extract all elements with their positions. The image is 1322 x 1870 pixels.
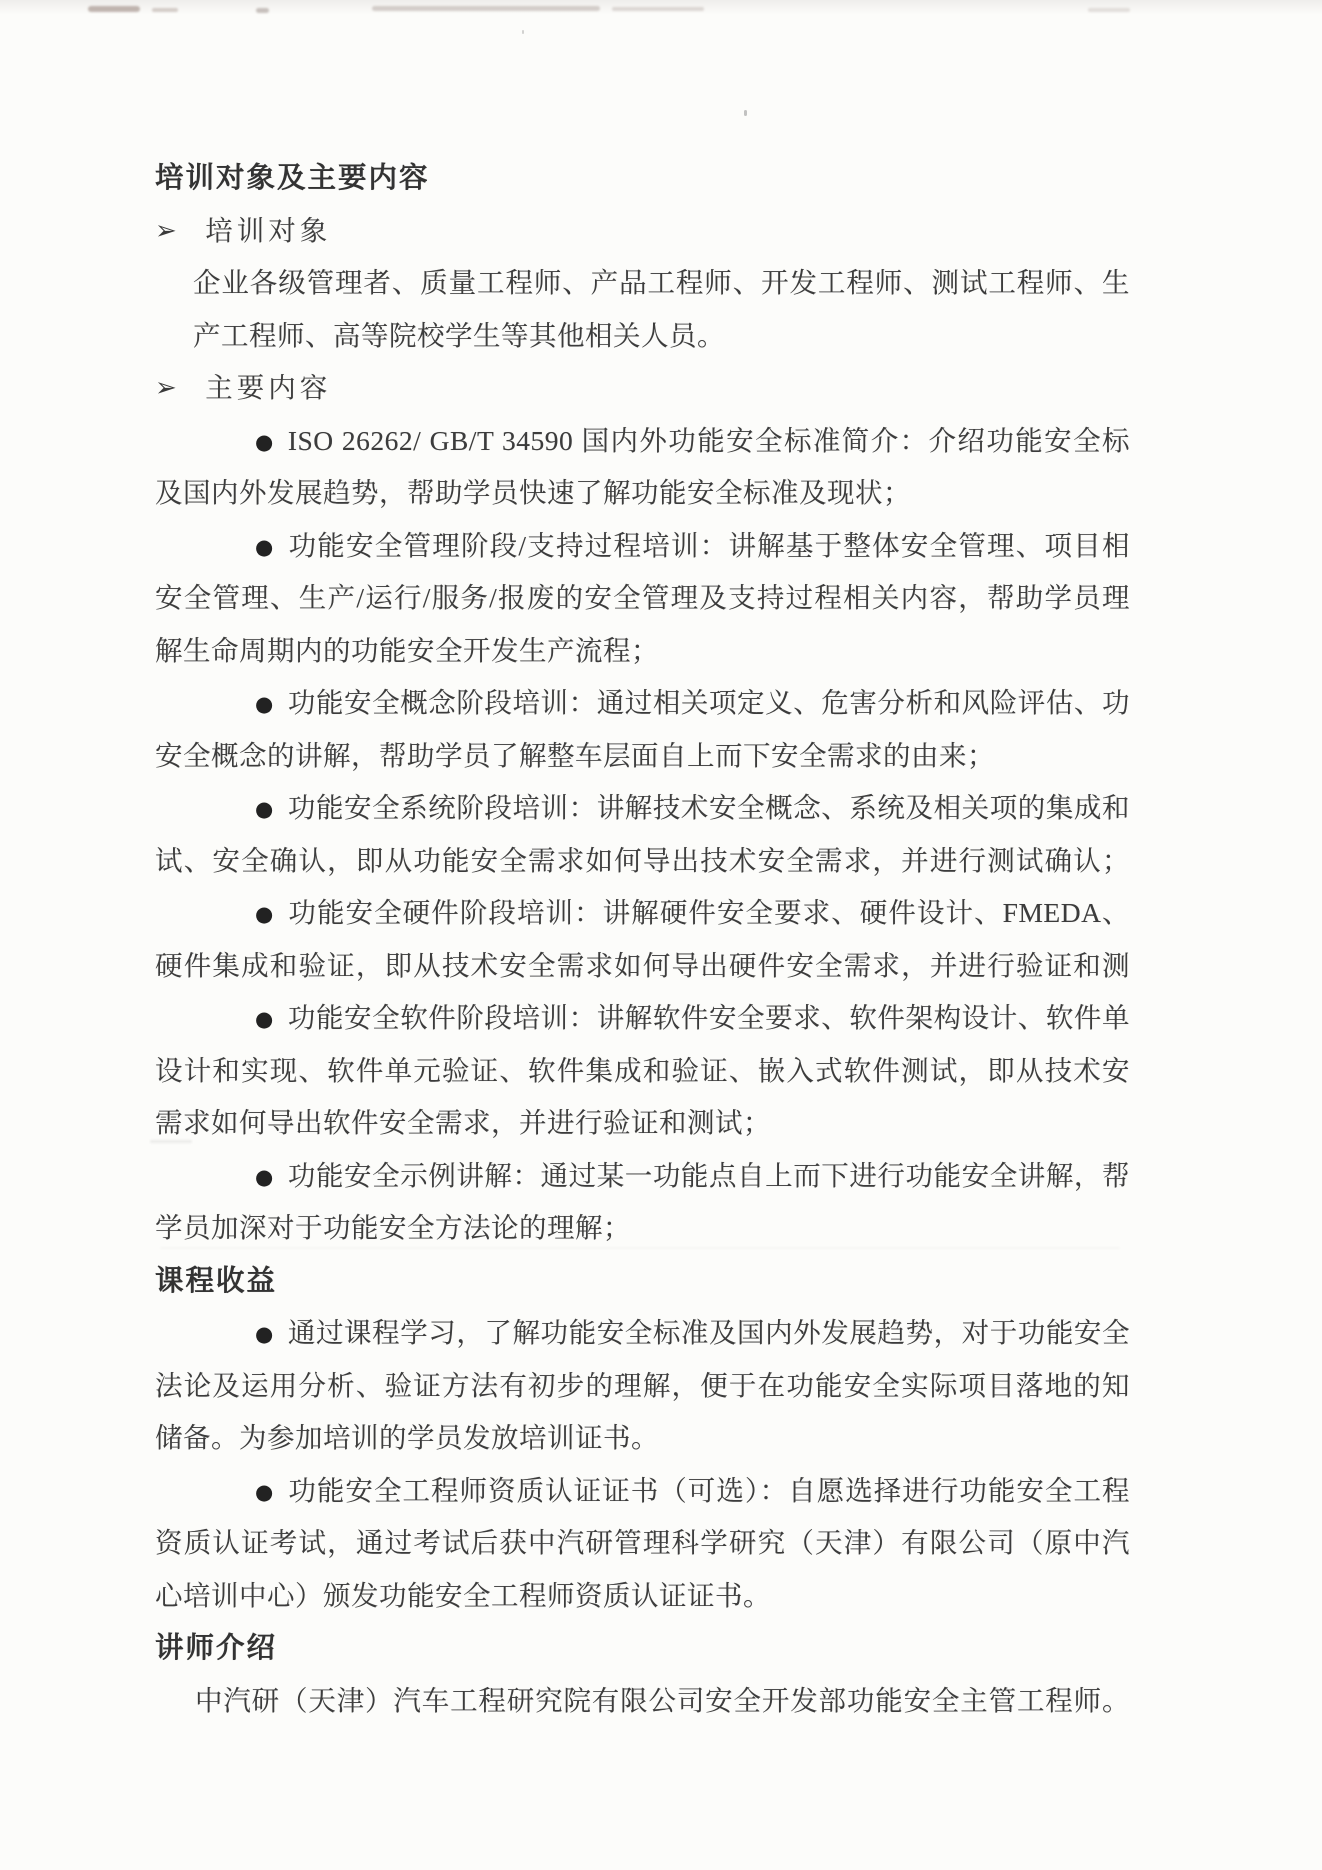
bullet-item-line: ●功能安全示例讲解：通过某一功能点自上而下进行功能安全讲解，帮助: [155, 1150, 1130, 1203]
scan-artifact: [1088, 8, 1130, 12]
bullet-icon: ●: [205, 678, 274, 730]
bullet-icon: ●: [205, 1308, 274, 1360]
bullet-item-line: ●功能安全概念阶段培训：通过相关项定义、危害分析和风险评估、功能: [155, 677, 1130, 730]
arrowhead-bullet-icon: ➢: [155, 362, 177, 415]
bullet-item-line: 试、安全确认，即从功能安全需求如何导出技术安全需求，并进行测试确认；: [155, 835, 1130, 888]
scan-artifact: [88, 6, 140, 12]
arrow-list-item-main-content: ➢主要内容: [155, 362, 1130, 415]
document-page: 培训对象及主要内容 ➢培训对象 企业各级管理者、质量工程师、产品工程师、开发工程…: [155, 152, 1130, 1727]
bullet-item-text: 功能安全管理阶段/支持过程培训：讲解基于整体安全管理、项目相关的: [155, 530, 1130, 573]
bullet-item-text: 功能安全硬件阶段培训：讲解硬件安全要求、硬件设计、FMEDA、PMHF、: [155, 897, 1130, 940]
section-heading-lecturer: 讲师介绍: [155, 1622, 1130, 1675]
bullet-icon: ●: [205, 521, 274, 573]
bullet-icon: ●: [205, 783, 274, 835]
scan-artifact: [152, 8, 178, 12]
bullet-item-line: 硬件集成和验证，即从技术安全需求如何导出硬件安全需求，并进行验证和测试；: [155, 940, 1130, 993]
bullet-icon: ●: [205, 416, 274, 468]
bullet-item-line: ●功能安全硬件阶段培训：讲解硬件安全要求、硬件设计、FMEDA、PMHF、: [155, 887, 1130, 940]
bullet-item-text: 通过课程学习，了解功能安全标准及国内外发展趋势，对于功能安全方: [155, 1317, 1130, 1360]
bullet-item-line: ●ISO 26262/ GB/T 34590 国内外功能安全标准简介：介绍功能安…: [155, 415, 1130, 468]
bullet-item-line: 安全管理、生产/运行/服务/报废的安全管理及支持过程相关内容，帮助学员理: [155, 572, 1130, 625]
bullet-item-text: 功能安全示例讲解：通过某一功能点自上而下进行功能安全讲解，帮助: [155, 1160, 1130, 1203]
scan-artifact: [256, 8, 269, 13]
bullet-item-text: ISO 26262/ GB/T 34590 国内外功能安全标准简介：介绍功能安全…: [155, 425, 1130, 468]
section-heading-benefits: 课程收益: [155, 1255, 1130, 1308]
arrowhead-bullet-icon: ➢: [155, 205, 177, 258]
lecturer-paragraph-line: 中汽研（天津）汽车工程研究院有限公司安全开发部功能安全主管工程师。: [155, 1675, 1130, 1728]
scan-speck: [522, 30, 524, 34]
bullet-item-line: 安全概念的讲解，帮助学员了解整车层面自上而下安全需求的由来；: [155, 730, 1130, 783]
bullet-item-line: 储备。为参加培训的学员发放培训证书。: [155, 1412, 1130, 1465]
bullet-item-line: ●功能安全软件阶段培训：讲解软件安全要求、软件架构设计、软件单元: [155, 992, 1130, 1045]
bullet-icon: ●: [205, 1151, 274, 1203]
arrow-item-label: 主要内容: [205, 372, 331, 403]
bullet-item-line: 法论及运用分析、验证方法有初步的理解，便于在功能安全实际项目落地的知识: [155, 1360, 1130, 1413]
bullet-item-line: ●功能安全系统阶段培训：讲解技术安全概念、系统及相关项的集成和测: [155, 782, 1130, 835]
bullet-item-line: 学员加深对于功能安全方法论的理解；: [155, 1202, 1130, 1255]
bullet-item-line: 设计和实现、软件单元验证、软件集成和验证、嵌入式软件测试，即从技术安全: [155, 1045, 1130, 1098]
bullet-item-line: ●功能安全工程师资质认证证书（可选）：自愿选择进行功能安全工程师: [155, 1465, 1130, 1518]
audience-paragraph-line: 产工程师、高等院校学生等其他相关人员。: [155, 310, 1130, 363]
bullet-item-line: 心培训中心）颁发功能安全工程师资质认证证书。: [155, 1570, 1130, 1623]
bullet-item-text: 功能安全概念阶段培训：通过相关项定义、危害分析和风险评估、功能: [155, 687, 1130, 730]
bullet-item-line: 及国内外发展趋势，帮助学员快速了解功能安全标准及现状；: [155, 467, 1130, 520]
bullet-icon: ●: [205, 993, 274, 1045]
bullet-icon: ●: [205, 1466, 274, 1518]
bullet-item-line: 解生命周期内的功能安全开发生产流程；: [155, 625, 1130, 678]
bullet-item-line: ●功能安全管理阶段/支持过程培训：讲解基于整体安全管理、项目相关的: [155, 520, 1130, 573]
section-heading-training: 培训对象及主要内容: [155, 152, 1130, 205]
bullet-item-text: 功能安全系统阶段培训：讲解技术安全概念、系统及相关项的集成和测: [155, 792, 1130, 835]
bullet-item-text: 功能安全软件阶段培训：讲解软件安全要求、软件架构设计、软件单元: [155, 1002, 1130, 1045]
audience-paragraph-line: 企业各级管理者、质量工程师、产品工程师、开发工程师、测试工程师、生: [155, 257, 1130, 310]
scan-artifact: [372, 6, 600, 11]
arrow-item-label: 培训对象: [205, 215, 331, 246]
bullet-item-line: 需求如何导出软件安全需求，并进行验证和测试；: [155, 1097, 1130, 1150]
bullet-item-line: ●通过课程学习，了解功能安全标准及国内外发展趋势，对于功能安全方: [155, 1307, 1130, 1360]
bullet-item-line: 资质认证考试，通过考试后获中汽研管理科学研究（天津）有限公司（原中汽中: [155, 1517, 1130, 1570]
arrow-list-item-audience: ➢培训对象: [155, 205, 1130, 258]
scan-speck: [744, 110, 747, 116]
bullet-icon: ●: [205, 888, 274, 940]
bullet-item-text: 功能安全工程师资质认证证书（可选）：自愿选择进行功能安全工程师: [155, 1475, 1130, 1518]
scan-artifact: [612, 7, 704, 11]
